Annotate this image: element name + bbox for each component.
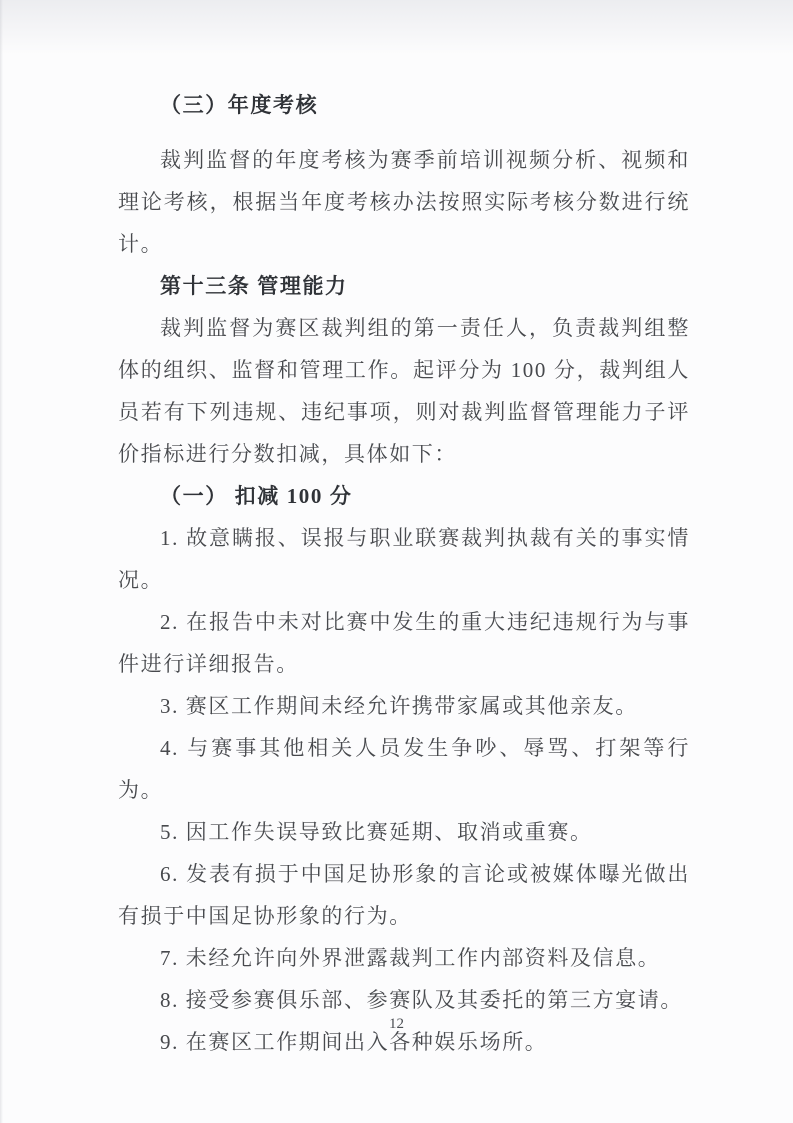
list-item-1: 1. 故意瞒报、误报与职业联赛裁判执裁有关的事实情况。 <box>118 517 690 601</box>
list-item-2: 2. 在报告中未对比赛中发生的重大违纪违规行为与事件进行详细报告。 <box>118 601 690 685</box>
heading-article-13: 第十三条 管理能力 <box>118 265 690 307</box>
heading-deduction-100: （一） 扣减 100 分 <box>118 475 690 517</box>
list-item-5: 5. 因工作失误导致比赛延期、取消或重赛。 <box>118 811 690 853</box>
heading-annual-assessment: （三）年度考核 <box>118 84 690 126</box>
list-item-3: 3. 赛区工作期间未经允许携带家属或其他亲友。 <box>118 685 690 727</box>
para-article-13-intro: 裁判监督为赛区裁判组的第一责任人，负责裁判组整体的组织、监督和管理工作。起评分为… <box>118 307 690 475</box>
scan-shade-top <box>0 0 793 55</box>
scan-edge-left <box>0 0 3 1123</box>
list-item-7: 7. 未经允许向外界泄露裁判工作内部资料及信息。 <box>118 937 690 979</box>
para-annual-assessment: 裁判监督的年度考核为赛季前培训视频分析、视频和理论考核，根据当年度考核办法按照实… <box>118 139 690 265</box>
document-page-body: （三）年度考核 裁判监督的年度考核为赛季前培训视频分析、视频和理论考核，根据当年… <box>118 84 690 1063</box>
page-number: 12 <box>0 1013 793 1035</box>
list-item-4: 4. 与赛事其他相关人员发生争吵、辱骂、打架等行为。 <box>118 727 690 811</box>
list-item-6: 6. 发表有损于中国足协形象的言论或被媒体曝光做出有损于中国足协形象的行为。 <box>118 853 690 937</box>
